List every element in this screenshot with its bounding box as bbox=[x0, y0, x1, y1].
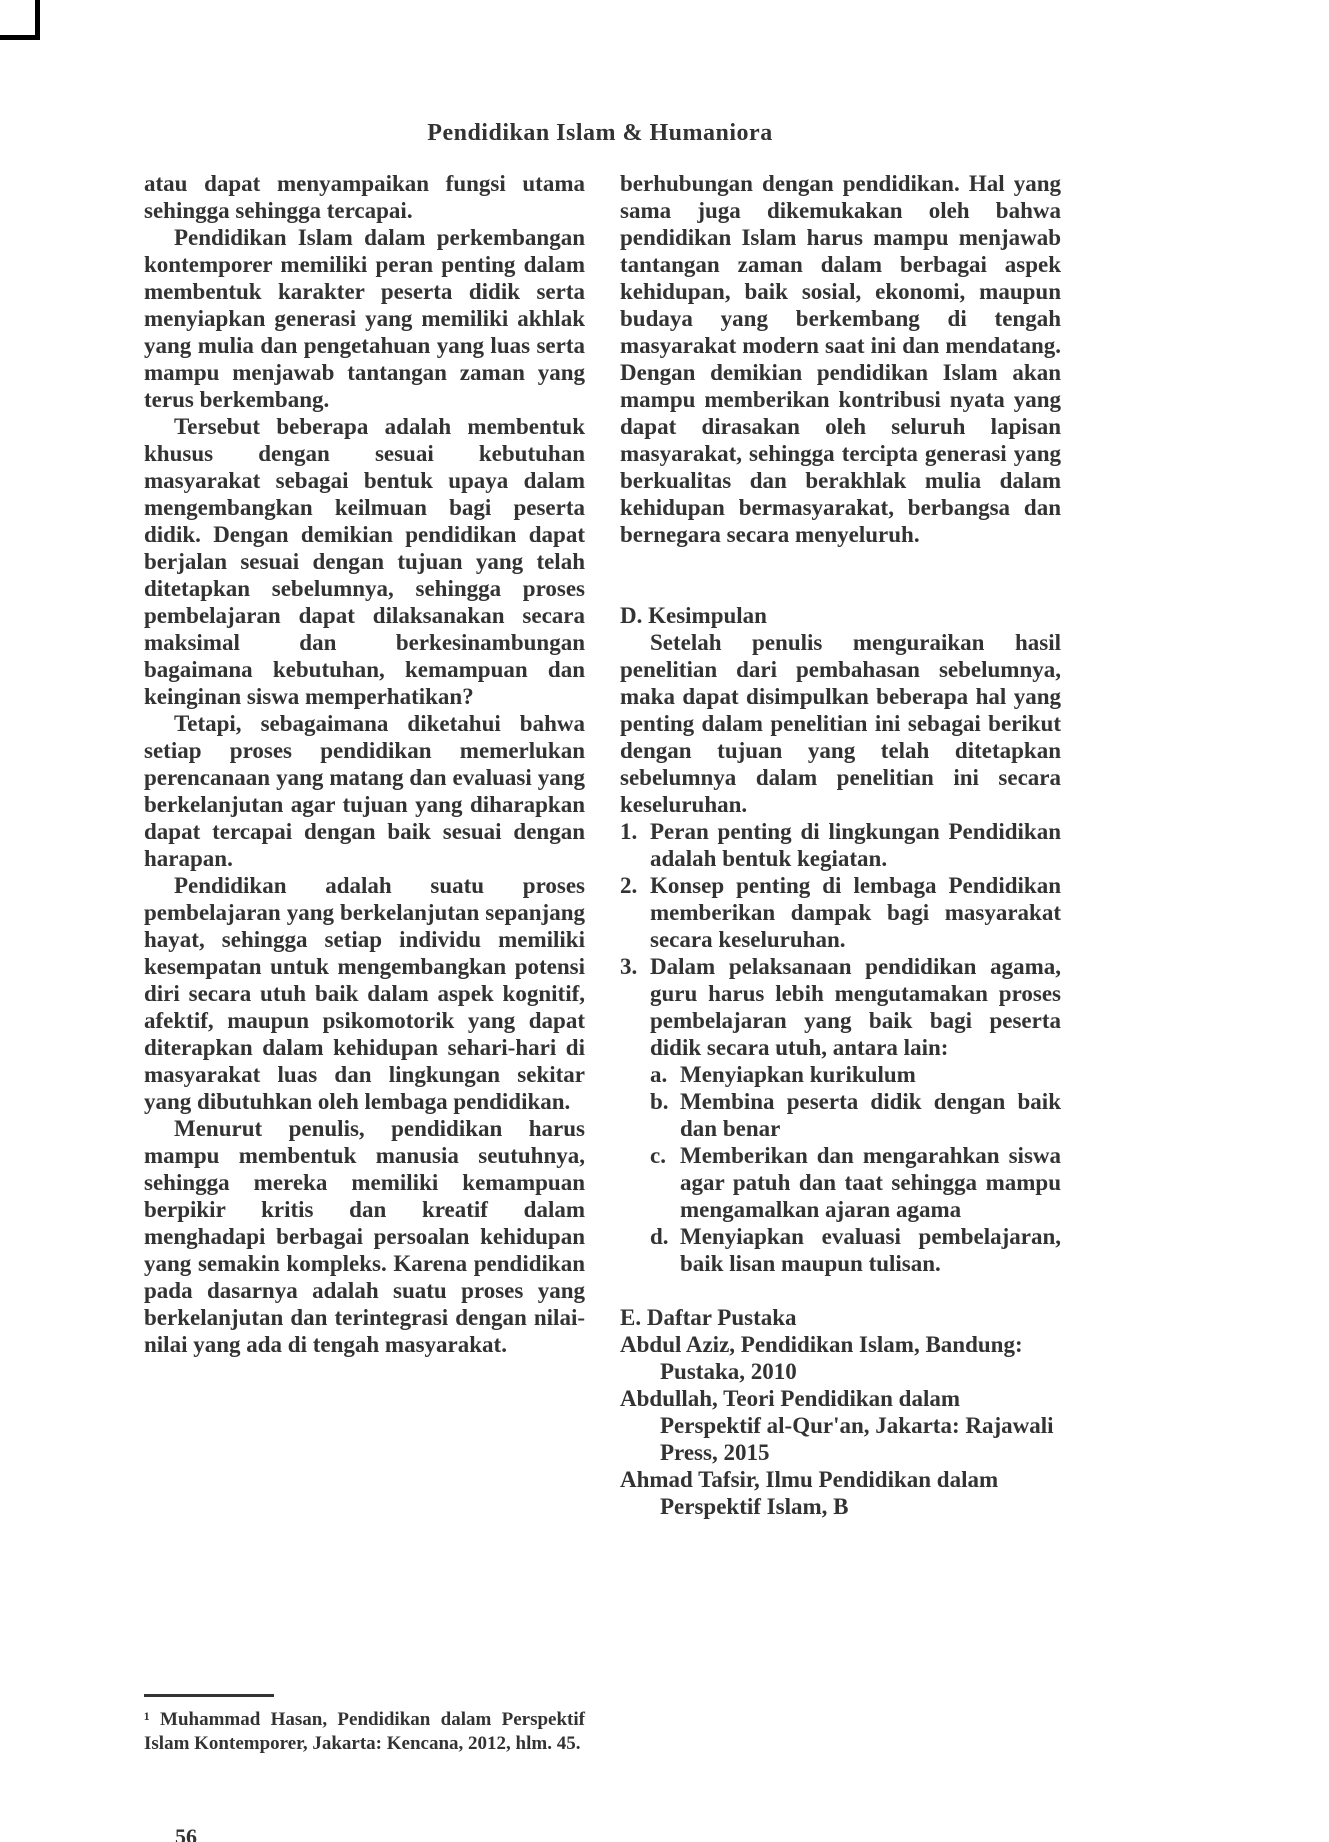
reference-entry: Abdullah, Teori Pendidikan dalam Perspek… bbox=[620, 1385, 1061, 1466]
footnote-rule bbox=[144, 1694, 274, 1697]
list-item: 1. Peran penting di lingkungan Pendidika… bbox=[650, 818, 1061, 872]
page-number: 56 bbox=[175, 1824, 197, 1842]
list-item-text: Peran penting di lingkungan Pendidikan a… bbox=[650, 819, 1061, 871]
section-heading-conclusion: D. Kesimpulan bbox=[620, 602, 1061, 629]
conclusion-list: 1. Peran penting di lingkungan Pendidika… bbox=[620, 818, 1061, 1277]
sub-list: a. Menyiapkan kurikulum b. Membina peser… bbox=[650, 1061, 1061, 1277]
list-item: 2. Konsep penting di lembaga Pendidikan … bbox=[650, 872, 1061, 953]
section-heading-references: E. Daftar Pustaka bbox=[620, 1304, 1061, 1331]
sub-list-marker: a. bbox=[650, 1061, 667, 1088]
paragraph: Tersebut beberapa adalah membentuk khusu… bbox=[144, 413, 585, 710]
sub-list-item: a. Menyiapkan kurikulum bbox=[680, 1061, 1061, 1088]
paragraph: atau dapat menyampaikan fungsi utama seh… bbox=[144, 170, 585, 224]
right-column: berhubungan dengan pendidikan. Hal yang … bbox=[620, 170, 1061, 1520]
paragraph: Tetapi, sebagaimana diketahui bahwa seti… bbox=[144, 710, 585, 872]
sub-list-marker: d. bbox=[650, 1223, 669, 1250]
sub-list-marker: c. bbox=[650, 1142, 666, 1169]
crop-mark bbox=[0, 0, 40, 40]
sub-list-text: Membina peserta didik dengan baik dan be… bbox=[680, 1089, 1061, 1141]
sub-list-item: d. Menyiapkan evaluasi pembelajaran, bai… bbox=[680, 1223, 1061, 1277]
paragraph: Menurut penulis, pendidikan harus mampu … bbox=[144, 1115, 585, 1358]
list-item-text: Dalam pelaksanaan pendidikan agama, guru… bbox=[650, 954, 1061, 1060]
paragraph: berhubungan dengan pendidikan. Hal yang … bbox=[620, 170, 1061, 548]
paragraph: Pendidikan adalah suatu proses pembelaja… bbox=[144, 872, 585, 1115]
footnote: ¹ Muhammad Hasan, Pendidikan dalam Persp… bbox=[144, 1708, 585, 1756]
list-marker: 1. bbox=[620, 818, 637, 845]
left-column: atau dapat menyampaikan fungsi utama seh… bbox=[144, 170, 585, 1358]
sub-list-item: c. Memberikan dan mengarahkan siswa agar… bbox=[680, 1142, 1061, 1223]
conclusion-intro: Setelah penulis menguraikan hasil peneli… bbox=[620, 629, 1061, 818]
reference-entry: Abdul Aziz, Pendidikan Islam, Bandung: P… bbox=[620, 1331, 1061, 1385]
reference-entry: Ahmad Tafsir, Ilmu Pendidikan dalam Pers… bbox=[620, 1466, 1061, 1520]
list-item-text: Konsep penting di lembaga Pendidikan mem… bbox=[650, 873, 1061, 952]
list-marker: 2. bbox=[620, 872, 637, 899]
sub-list-marker: b. bbox=[650, 1088, 669, 1115]
sub-list-item: b. Membina peserta didik dengan baik dan… bbox=[680, 1088, 1061, 1142]
list-marker: 3. bbox=[620, 953, 637, 980]
running-head: Pendidikan Islam & Humaniora bbox=[0, 120, 1200, 147]
sub-list-text: Menyiapkan kurikulum bbox=[680, 1062, 916, 1087]
list-item: 3. Dalam pelaksanaan pendidikan agama, g… bbox=[650, 953, 1061, 1277]
sub-list-text: Memberikan dan mengarahkan siswa agar pa… bbox=[680, 1143, 1061, 1222]
sub-list-text: Menyiapkan evaluasi pembelajaran, baik l… bbox=[680, 1224, 1061, 1276]
paragraph: Pendidikan Islam dalam perkembangan kont… bbox=[144, 224, 585, 413]
